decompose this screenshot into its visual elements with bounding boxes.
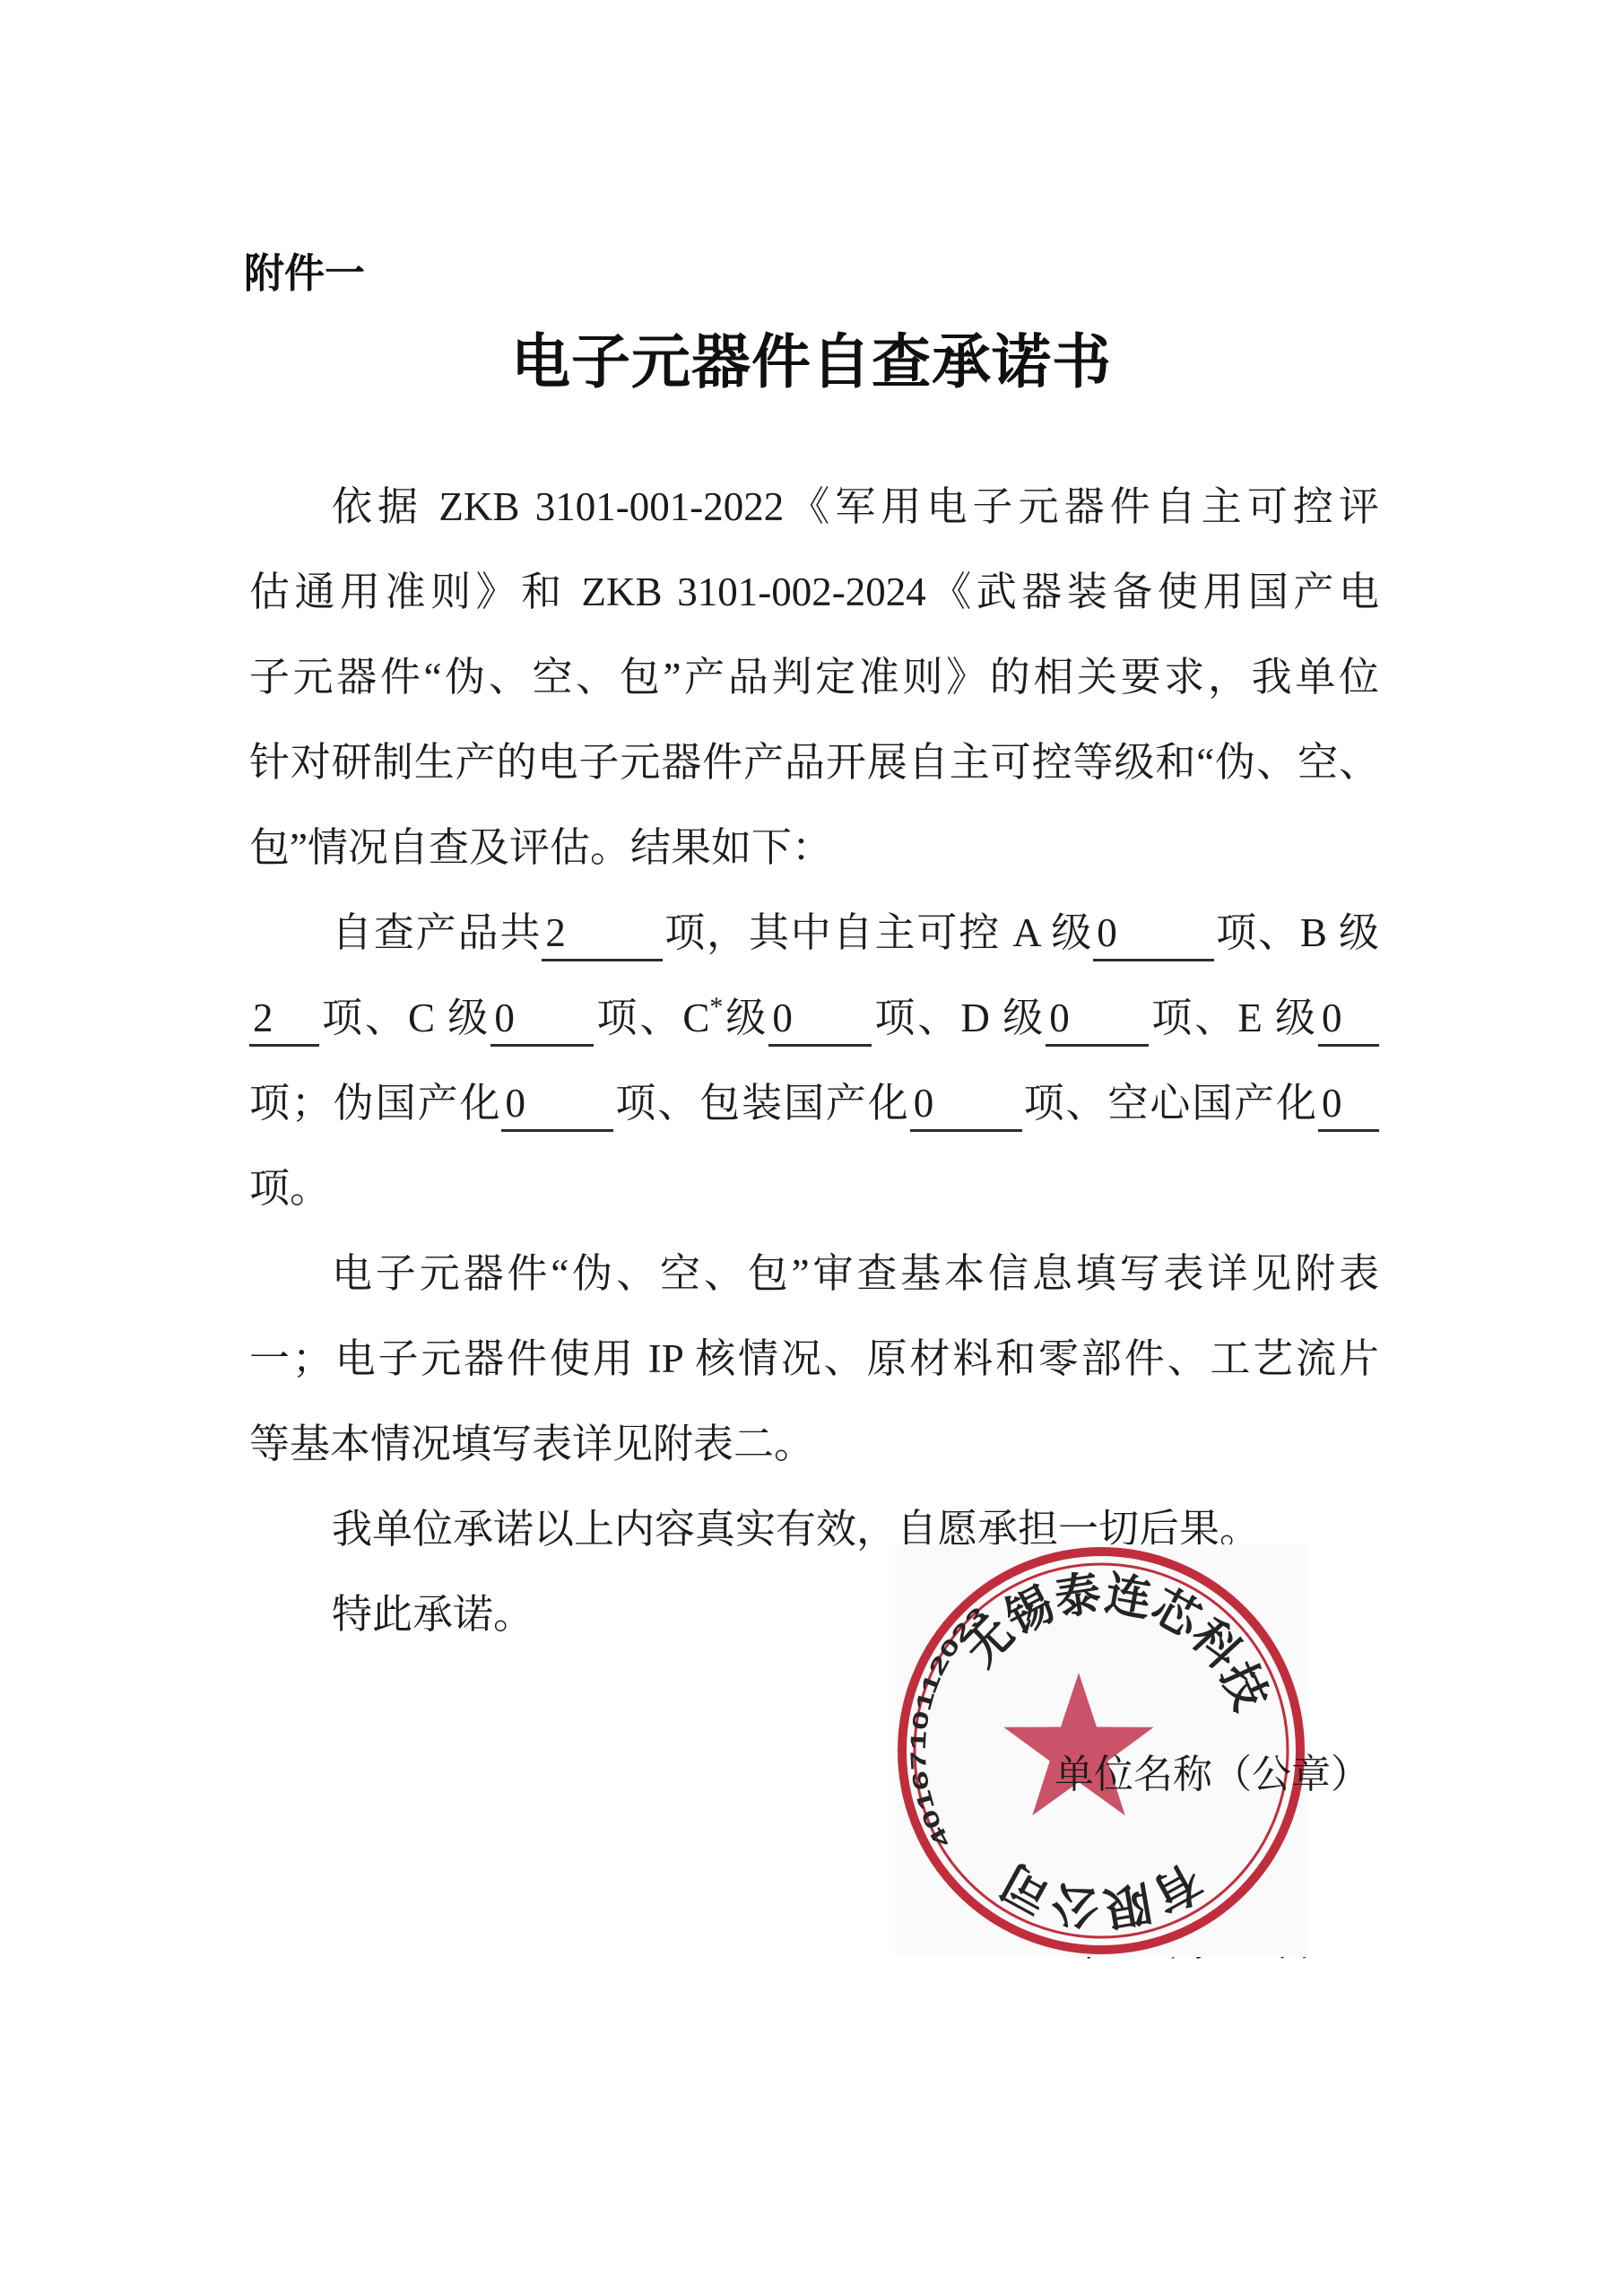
document-page: 附件一 电子元器件自查承诺书 依据 ZKB 3101-001-2022《军用电子…: [0, 0, 1623, 2296]
text-line: 包”情况自查及评估。结果如下：: [249, 805, 1379, 891]
text-run: 项、包装国产化: [613, 1081, 909, 1126]
fill-in-blank: 0: [490, 994, 594, 1047]
text-run: 项、D 级: [872, 996, 1046, 1040]
text-line: 电子元器件“伪、空、包”审查基本信息填写表详见附表: [249, 1231, 1379, 1317]
official-seal-stamp: 无锡泰连芯科技 有限公司 4016710112023: [895, 1544, 1307, 1957]
superscript-asterisk: *: [709, 992, 723, 1022]
fill-in-blank: 0: [910, 1079, 1022, 1132]
text-line: 等基本情况填写表详见附表二。: [249, 1402, 1379, 1487]
text-run: 一；电子元器件使用 IP 核情况、原材料和零部件、工艺流片: [249, 1336, 1379, 1381]
text-line: 依据 ZKB 3101-001-2022《军用电子元器件自主可控评: [249, 465, 1379, 550]
fill-in-blank: 0: [1318, 1079, 1379, 1132]
text-line: 自查产品共2项，其中自主可控 A 级0项、B 级: [249, 891, 1379, 976]
paragraph: 电子元器件“伪、空、包”审查基本信息填写表详见附表一；电子元器件使用 IP 核情…: [249, 1231, 1379, 1487]
text-run: 项、C: [594, 996, 709, 1040]
text-run: 级: [723, 996, 768, 1040]
text-run: 项，其中自主可控 A 级: [663, 910, 1093, 955]
text-run: 等基本情况填写表详见附表二。: [249, 1422, 814, 1466]
text-run: 项、C 级: [319, 996, 490, 1040]
text-line: 项。: [249, 1146, 1379, 1231]
text-line: 子元器件“伪、空、包”产品判定准则》的相关要求，我单位: [249, 635, 1379, 720]
paragraph: 自查产品共2项，其中自主可控 A 级0项、B 级2项、C 级0项、C*级0项、D…: [249, 891, 1379, 1231]
text-run: 包”情况自查及评估。结果如下：: [249, 825, 832, 870]
text-run: 自查产品共: [332, 910, 542, 955]
document-title: 电子元器件自查承诺书: [0, 332, 1623, 391]
fill-in-blank: 0: [768, 994, 872, 1047]
text-run: 估通用准则》和 ZKB 3101-002-2024《武器装备使用国产电: [249, 570, 1379, 614]
stamp-company-name-top: 无锡泰连芯科技: [955, 1567, 1277, 1718]
attachment-label: 附件一: [244, 253, 365, 293]
document-body: 依据 ZKB 3101-001-2022《军用电子元器件自主可控评估通用准则》和…: [249, 465, 1379, 1657]
text-line: 2项、C 级0项、C*级0项、D 级0项、E 级0: [249, 976, 1379, 1061]
fill-in-blank: 0: [1093, 909, 1214, 961]
text-run: 项、B 级: [1214, 910, 1379, 955]
text-run: 项、E 级: [1149, 996, 1318, 1040]
paragraph: 依据 ZKB 3101-001-2022《军用电子元器件自主可控评估通用准则》和…: [249, 465, 1379, 891]
fill-in-blank: 0: [1046, 994, 1149, 1047]
fill-in-blank: 0: [501, 1079, 613, 1132]
fill-in-blank: 0: [1318, 994, 1379, 1047]
text-run: 子元器件“伪、空、包”产品判定准则》的相关要求，我单位: [249, 655, 1379, 700]
text-line: 一；电子元器件使用 IP 核情况、原材料和零部件、工艺流片: [249, 1317, 1379, 1402]
text-line: 估通用准则》和 ZKB 3101-002-2024《武器装备使用国产电: [249, 550, 1379, 635]
unit-name-seal-label: 单位名称（公章）: [1055, 1755, 1370, 1795]
text-run: 针对研制生产的电子元器件产品开展自主可控等级和“伪、空、: [249, 740, 1379, 785]
text-run: 电子元器件“伪、空、包”审查基本信息填写表详见附表: [332, 1251, 1379, 1296]
fill-in-blank: 2: [542, 909, 663, 961]
text-run: 特此承诺。: [332, 1592, 534, 1637]
fill-in-blank: 2: [249, 994, 319, 1047]
text-run: 依据 ZKB 3101-001-2022《军用电子元器件自主可控评: [332, 484, 1379, 529]
text-run: 项。: [249, 1166, 330, 1211]
text-line: 针对研制生产的电子元器件产品开展自主可控等级和“伪、空、: [249, 720, 1379, 805]
text-run: 项；伪国产化: [249, 1081, 501, 1126]
text-run: 项、空心国产化: [1022, 1081, 1318, 1126]
text-line: 项；伪国产化0项、包装国产化0项、空心国产化0: [249, 1061, 1379, 1146]
